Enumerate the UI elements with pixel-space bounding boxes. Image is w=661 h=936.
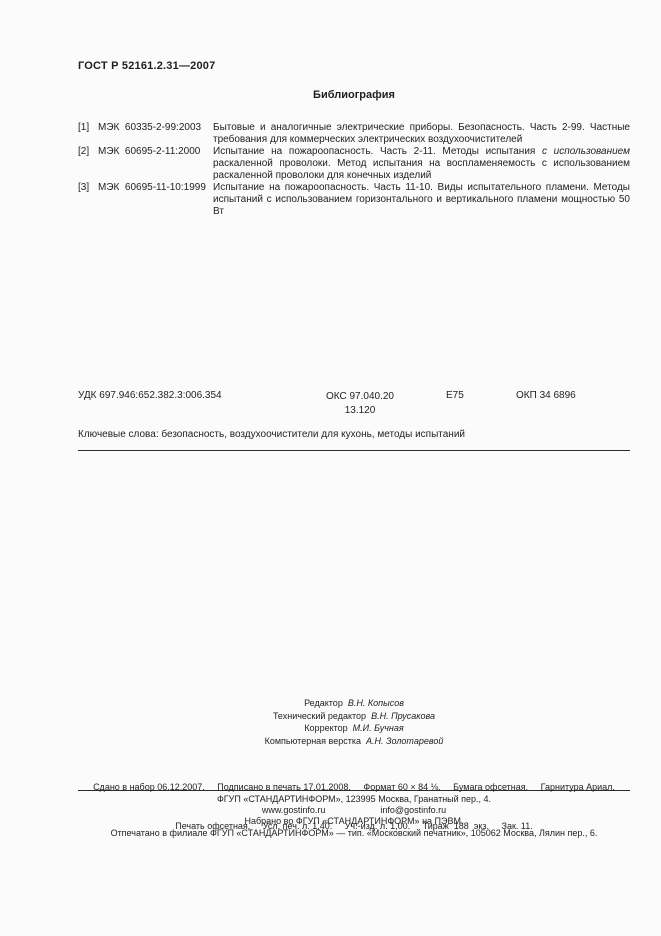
udk-code: УДК 697.946:652.382.3:006.354 [78, 390, 222, 401]
entry-description-italic: с использованием [542, 146, 630, 157]
entry-description: Испытание на пожароопасность. Часть 11-1… [213, 182, 630, 218]
printing-note: Отпечатано в филиале ФГУП «СТАНДАРТИНФОР… [78, 828, 630, 839]
oks-code-secondary: 13.120 [310, 404, 410, 418]
staff-credits: РедакторВ.Н. Копысов Технический редакто… [78, 697, 630, 747]
entry-description: Испытание на пожароопасность. Часть 2-11… [213, 146, 630, 182]
doc-number: ГОСТ Р 52161.2.31—2007 [78, 60, 215, 72]
classification-codes-row: УДК 697.946:652.382.3:006.354 ОКС 97.040… [78, 390, 630, 422]
bibliography-entry: [1] МЭК 60335-2-99:2003 Бытовые и аналог… [78, 122, 630, 146]
imprint-block: ФГУП «СТАНДАРТИНФОРМ», 123995 Москва, Гр… [78, 794, 630, 839]
print-info-line-1: Сдано в набор 06.12.2007. Подписано в пе… [78, 781, 630, 794]
bibliography-list: [1] МЭК 60335-2-99:2003 Бытовые и аналог… [78, 122, 630, 218]
website-url: www.gostinfo.ru [262, 805, 326, 816]
keywords-line: Ключевые слова: безопасность, воздухоочи… [78, 429, 630, 440]
entry-description-text: Бытовые и аналогичные электрические приб… [213, 122, 630, 145]
document-page: ГОСТ Р 52161.2.31—2007 Библиография [1] … [0, 0, 661, 936]
staff-role: Компьютерная верстка [265, 736, 361, 746]
bibliography-entry: [3] МЭК 60695-11-10:1999 Испытание на по… [78, 182, 630, 218]
staff-credit-line: Компьютерная версткаА.Н. Золотаревой [78, 735, 630, 748]
publisher-address: ФГУП «СТАНДАРТИНФОРМ», 123995 Москва, Гр… [78, 794, 630, 805]
staff-name: В.Н. Копысов [348, 698, 404, 708]
entry-reference: [2] МЭК 60695-2-11:2000 [78, 146, 213, 158]
staff-credit-line: РедакторВ.Н. Копысов [78, 697, 630, 710]
okp-code: ОКП 34 6896 [516, 390, 576, 401]
entry-number: [3] [78, 182, 98, 194]
entry-description: Бытовые и аналогичные электрические приб… [213, 122, 630, 146]
staff-name: М.И. Бучная [353, 723, 404, 733]
oks-code-block: ОКС 97.040.20 13.120 [310, 390, 410, 418]
entry-code: МЭК 60695-11-10:1999 [98, 182, 206, 194]
entry-description-tail: раскаленной проволоки. Метод испытания н… [213, 158, 630, 181]
entry-code: МЭК 60695-2-11:2000 [98, 146, 200, 158]
entry-description-text: Испытание на пожароопасность. Часть 2-11… [213, 146, 542, 157]
entry-reference: [1] МЭК 60335-2-99:2003 [78, 122, 213, 134]
staff-credit-line: КорректорМ.И. Бучная [78, 722, 630, 735]
entry-code: МЭК 60335-2-99:2003 [98, 122, 201, 134]
typeset-note: Набрано во ФГУП «СТАНДАРТИНФОРМ» на ПЭВМ… [78, 816, 630, 827]
staff-role: Технический редактор [273, 711, 366, 721]
oks-code: ОКС 97.040.20 [310, 390, 410, 404]
staff-credit-line: Технический редакторВ.Н. Прусакова [78, 710, 630, 723]
staff-name: А.Н. Золотаревой [366, 736, 443, 746]
entry-reference: [3] МЭК 60695-11-10:1999 [78, 182, 213, 194]
publisher-contacts: www.gostinfo.ru info@gostinfo.ru [78, 805, 630, 816]
staff-role: Редактор [304, 698, 343, 708]
divider-rule [78, 450, 630, 451]
group-code: Е75 [446, 390, 464, 401]
entry-number: [2] [78, 146, 98, 158]
entry-description-text: Испытание на пожароопасность. Часть 11-1… [213, 182, 630, 217]
staff-role: Корректор [304, 723, 347, 733]
entry-number: [1] [78, 122, 98, 134]
bibliography-entry: [2] МЭК 60695-2-11:2000 Испытание на пож… [78, 146, 630, 182]
staff-name: В.Н. Прусакова [371, 711, 435, 721]
email-address: info@gostinfo.ru [380, 805, 446, 816]
section-title: Библиография [78, 89, 630, 101]
divider-rule [78, 790, 630, 791]
